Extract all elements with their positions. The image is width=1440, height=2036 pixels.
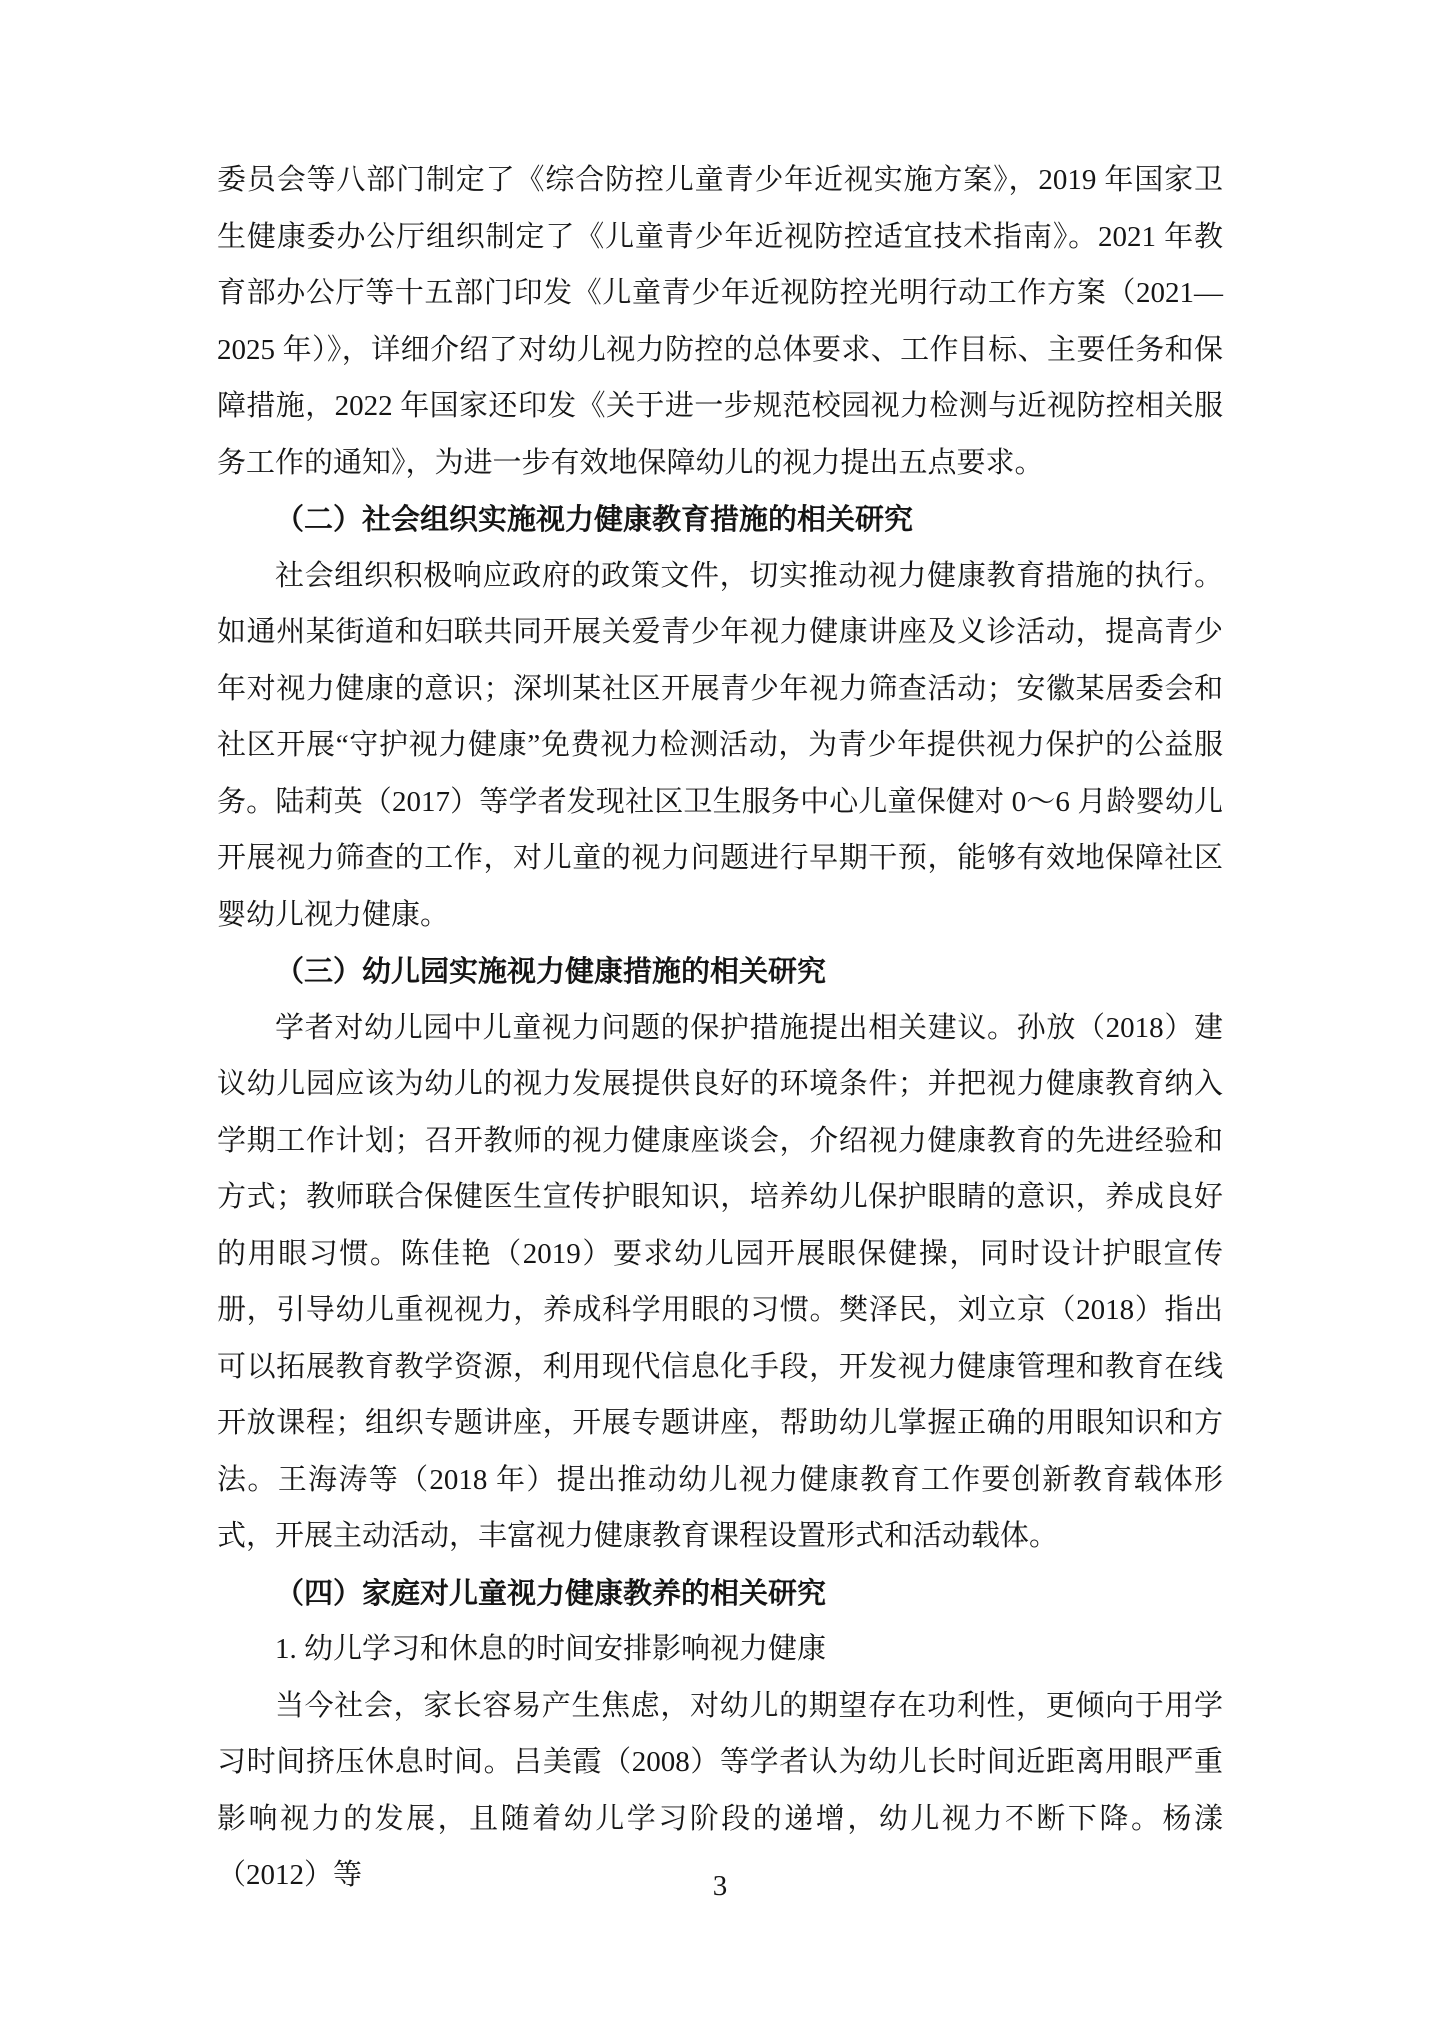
document-page: 委员会等八部门制定了《综合防控儿童青少年近视实施方案》，2019 年国家卫生健康… <box>0 0 1440 2036</box>
body-paragraph: 社会组织积极响应政府的政策文件，切实推动视力健康教育措施的执行。如通州某街道和妇… <box>217 548 1223 944</box>
page-number: 3 <box>0 1866 1440 1906</box>
sub-heading: 1. 幼儿学习和休息的时间安排影响视力健康 <box>217 1621 1223 1678</box>
section-heading: （三）幼儿园实施视力健康措施的相关研究 <box>217 943 1223 1000</box>
section-heading: （四）家庭对儿童视力健康教养的相关研究 <box>217 1565 1223 1622</box>
body-paragraph: 委员会等八部门制定了《综合防控儿童青少年近视实施方案》，2019 年国家卫生健康… <box>217 152 1223 491</box>
section-heading: （二）社会组织实施视力健康教育措施的相关研究 <box>217 491 1223 548</box>
document-body: 委员会等八部门制定了《综合防控儿童青少年近视实施方案》，2019 年国家卫生健康… <box>217 152 1223 1904</box>
body-paragraph: 学者对幼儿园中儿童视力问题的保护措施提出相关建议。孙放（2018）建议幼儿园应该… <box>217 1000 1223 1565</box>
